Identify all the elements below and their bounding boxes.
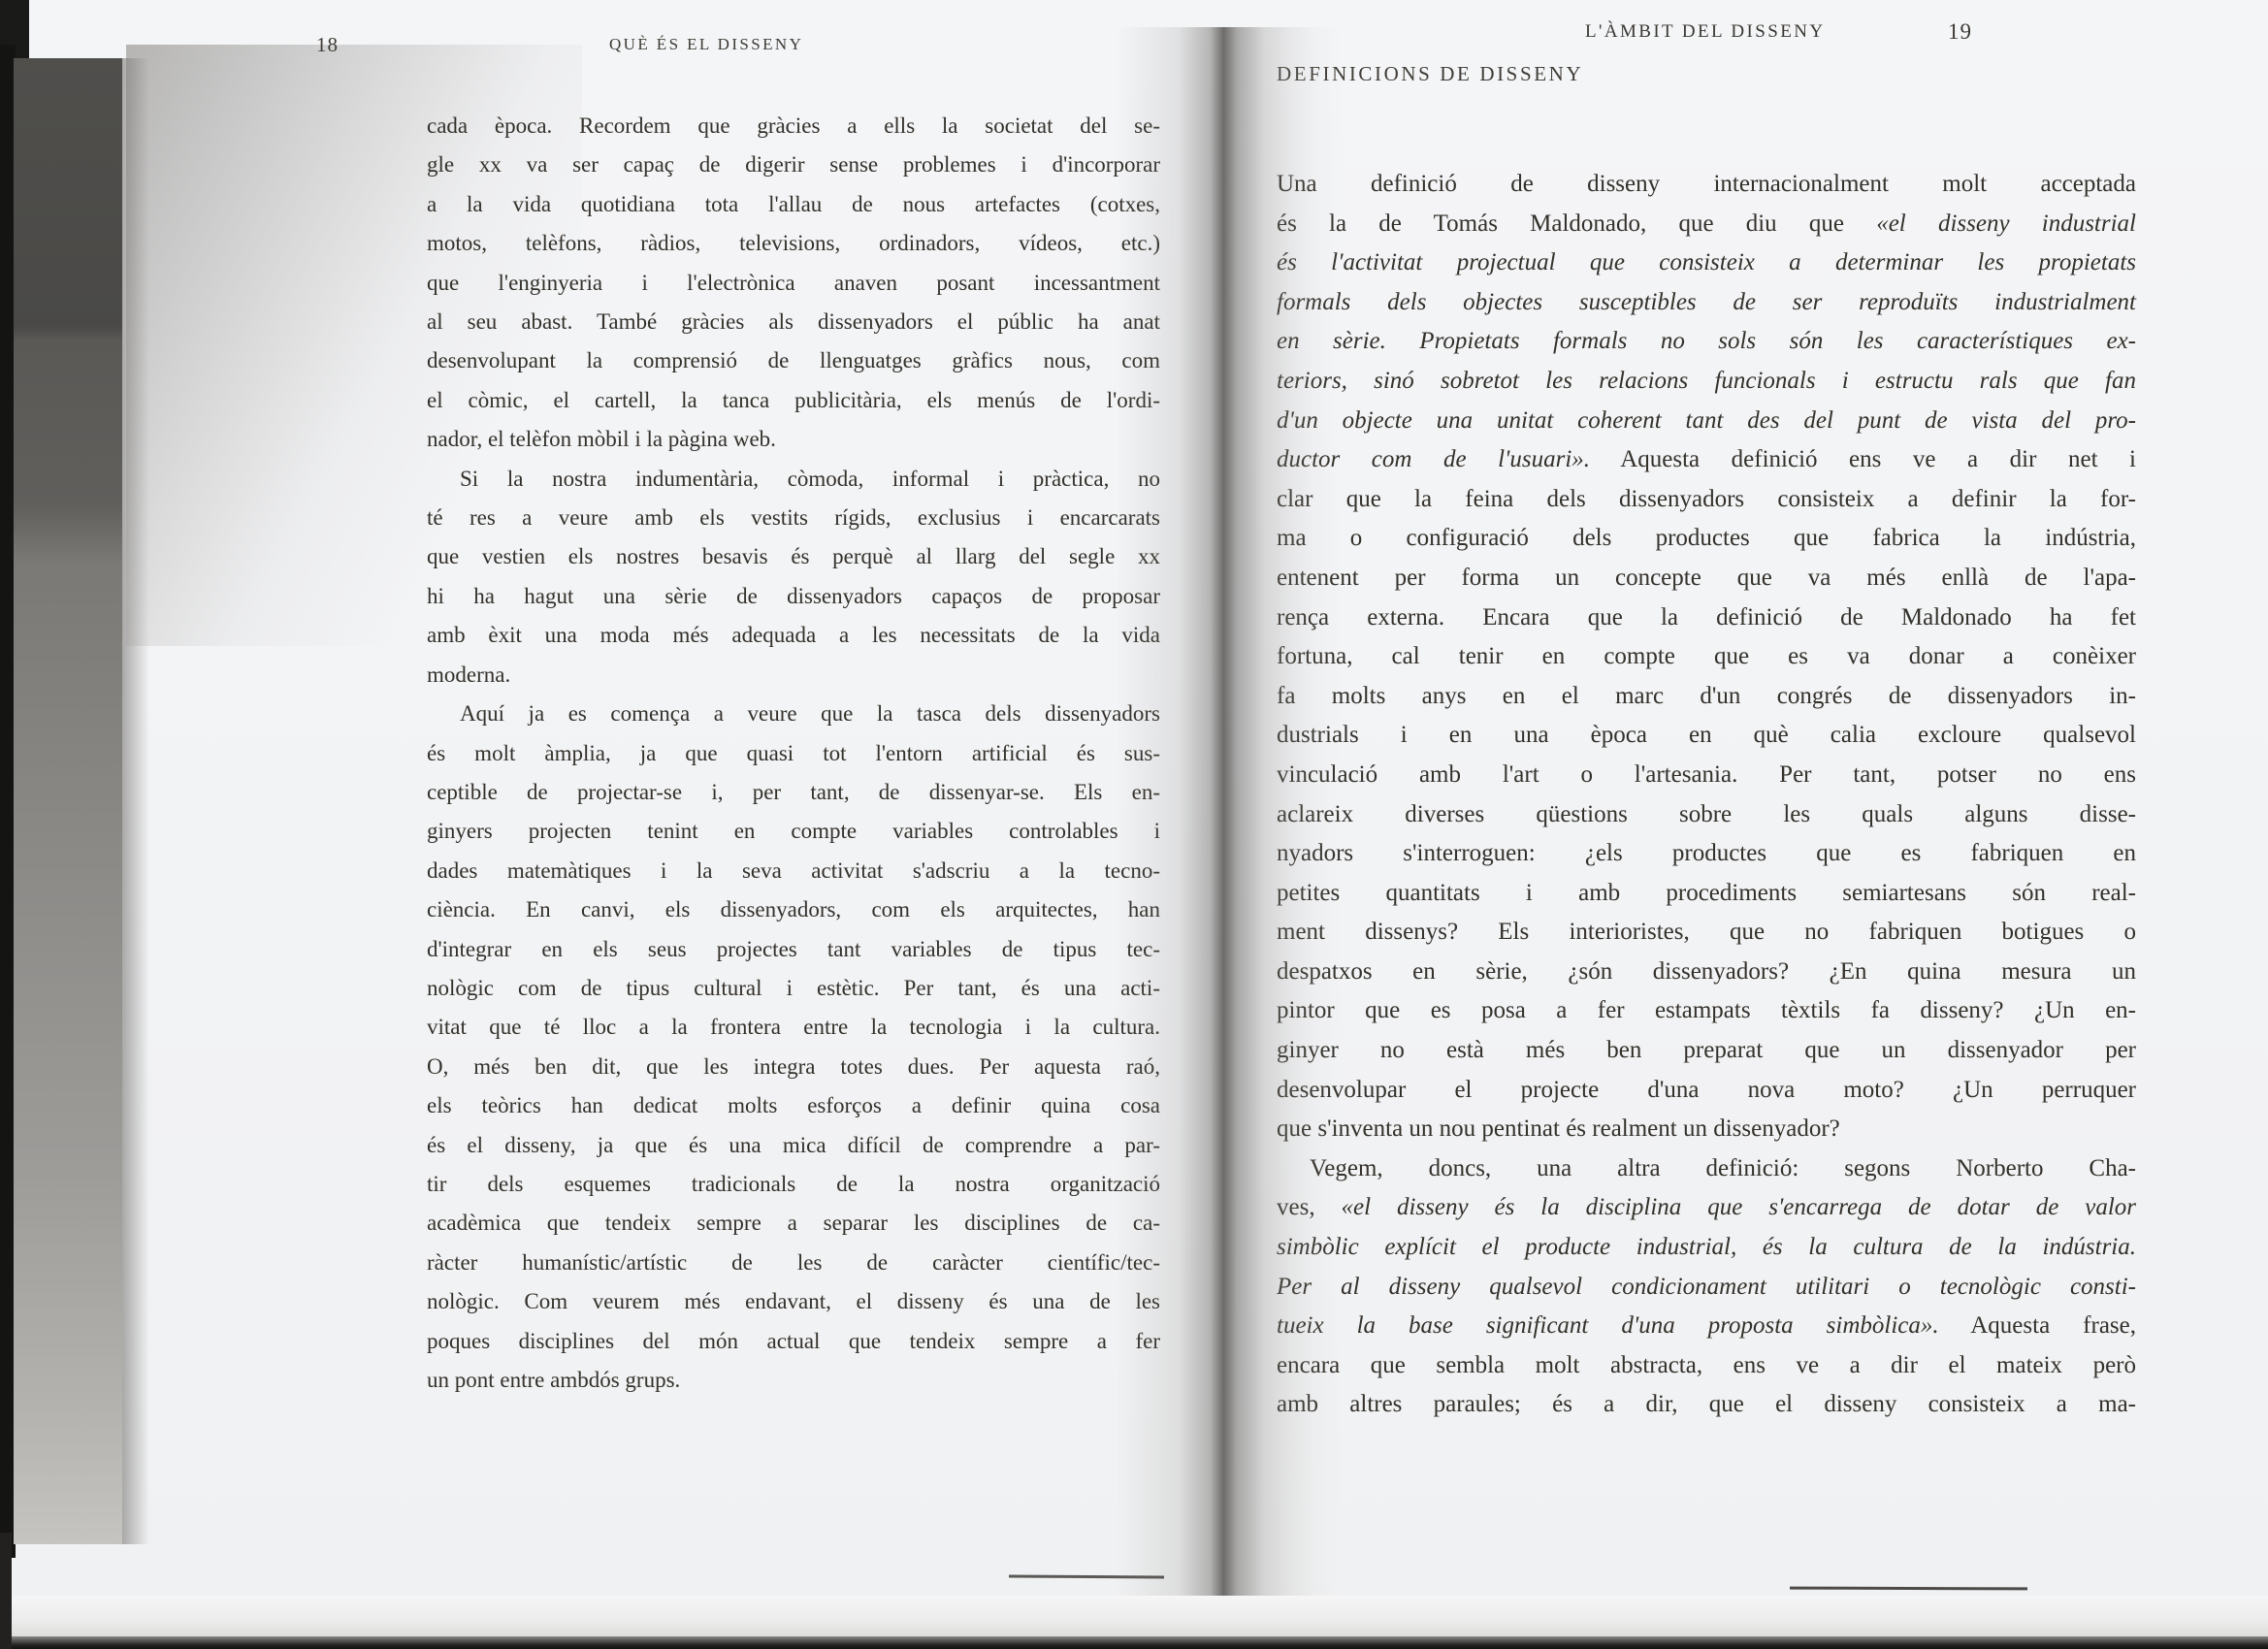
text-line: acadèmica que tendeix sempre a separar l… — [427, 1204, 1160, 1243]
text-line: Per al disseny qualsevol condicionament … — [1277, 1268, 2136, 1308]
text-line: d'integrar en els seus projectes tant va… — [427, 930, 1160, 969]
quote-italic-text: teriors, sinó sobretot les relacions fun… — [1277, 368, 2136, 394]
body-text: petites quantitats i amb procediments se… — [1277, 880, 2136, 906]
body-text: motos, telèfons, ràdios, televisions, or… — [427, 231, 1160, 255]
text-line: desenvolupar el projecte d'una nova moto… — [1277, 1071, 2136, 1111]
text-line: nyadors s'interroguen: ¿els productes qu… — [1277, 834, 2136, 874]
body-text: ment dissenys? Els interioristes, que no… — [1277, 919, 2136, 945]
right-page-number: 19 — [1948, 19, 1972, 45]
text-line: un pont entre ambdós grups. — [427, 1361, 1160, 1400]
quote-italic-text: és l'activitat projectual que consisteix… — [1277, 249, 2136, 275]
body-text: nològic com de tipus cultural i estètic.… — [427, 976, 1160, 1000]
text-line: teriors, sinó sobretot les relacions fun… — [1277, 362, 2136, 402]
text-line: O, més ben dit, que les integra totes du… — [427, 1048, 1160, 1086]
body-text: vitat que té lloc a la frontera entre la… — [427, 1015, 1160, 1039]
scan-bottom-left-corner — [0, 1533, 12, 1649]
body-text: Si la nostra indumentària, còmoda, infor… — [460, 467, 1160, 491]
body-text: O, més ben dit, que les integra totes du… — [427, 1054, 1160, 1079]
text-line: rença externa. Encara que la definició d… — [1277, 598, 2136, 638]
body-text: al seu abast. També gràcies als dissenya… — [427, 309, 1160, 334]
text-line: petites quantitats i amb procediments se… — [1277, 874, 2136, 914]
text-line: el còmic, el cartell, la tanca publicità… — [427, 381, 1160, 420]
body-text: és la de Tomás Maldonado, que diu que — [1277, 210, 1876, 237]
text-line: dustrials i en una època en què calia ex… — [1277, 716, 2136, 756]
text-line: que l'enginyeria i l'electrònica anaven … — [427, 264, 1160, 303]
body-text: gle xx va ser capaç de digerir sense pro… — [427, 152, 1160, 177]
quote-italic-text: Per al disseny qualsevol condicionament … — [1277, 1274, 2136, 1300]
body-text: fa molts anys en el marc d'un congrés de… — [1277, 683, 2136, 709]
scan-edge-gray-band — [14, 58, 122, 1544]
text-line: en sèrie. Propietats formals no sols són… — [1277, 322, 2136, 362]
text-line: nològic. Com veurem més endavant, el dis… — [427, 1282, 1160, 1321]
body-text: amb altres paraules; és a dir, que el di… — [1277, 1391, 2136, 1417]
body-text: ràcter humanístic/artístic de les de car… — [427, 1250, 1160, 1275]
body-text: encara que sembla molt abstracta, ens ve… — [1277, 1352, 2136, 1378]
body-text: entenent per forma un concepte que va mé… — [1277, 565, 2136, 591]
body-text: rença externa. Encara que la definició d… — [1277, 604, 2136, 630]
body-text: és el disseny, ja que és una mica difíci… — [427, 1133, 1160, 1157]
book-scan: 18 QUÈ ÉS EL DISSENY cada època. Recorde… — [0, 0, 2268, 1649]
text-line: ma o configuració dels productes que fab… — [1277, 519, 2136, 559]
body-text: que s'inventa un nou pentinat és realmen… — [1277, 1115, 1840, 1142]
body-text: nyadors s'interroguen: ¿els productes qu… — [1277, 840, 2136, 866]
right-running-head: L'ÀMBIT DEL DISSENY — [1585, 21, 1825, 43]
text-line: que s'inventa un nou pentinat és realmen… — [1277, 1110, 2136, 1149]
text-line: que vestien els nostres besavis és perqu… — [427, 537, 1160, 576]
body-text: ceptible de projectar-se i, per tant, de… — [427, 780, 1160, 804]
body-text: els teòrics han dedicat molts esforços a… — [427, 1093, 1160, 1117]
text-line: amb èxit una moda més adequada a les nec… — [427, 616, 1160, 655]
text-line: a la vida quotidiana tota l'allau de nou… — [427, 185, 1160, 224]
body-text: nador, el telèfon mòbil i la pàgina web. — [427, 427, 776, 451]
text-line: té res a veure amb els vestits rígids, e… — [427, 499, 1160, 537]
body-text: aclareix diverses qüestions sobre les qu… — [1277, 801, 2136, 827]
quote-italic-text: tueix la base significant d'una proposta… — [1277, 1312, 1939, 1339]
body-text: Una definició de disseny internacionalme… — [1277, 171, 2136, 197]
text-line: clar que la feina dels dissenyadors cons… — [1277, 480, 2136, 520]
body-text: hi ha hagut una sèrie de dissenyadors ca… — [427, 584, 1160, 608]
body-text: ma o configuració dels productes que fab… — [1277, 525, 2136, 551]
text-line: d'un objecte una unitat coherent tant de… — [1277, 402, 2136, 441]
text-line: els teòrics han dedicat molts esforços a… — [427, 1086, 1160, 1125]
body-text: a la vida quotidiana tota l'allau de nou… — [427, 192, 1160, 216]
text-line: dades matemàtiques i la seva activitat s… — [427, 852, 1160, 890]
body-text: desenvolupant la comprensió de llenguatg… — [427, 348, 1160, 372]
body-text: cada època. Recordem que gràcies a ells … — [427, 113, 1160, 138]
body-text: que l'enginyeria i l'electrònica anaven … — [427, 271, 1160, 295]
body-text: tir dels esquemes tradicionals de la nos… — [427, 1172, 1160, 1196]
text-line: Si la nostra indumentària, còmoda, infor… — [427, 460, 1160, 499]
quote-italic-text: en sèrie. Propietats formals no sols són… — [1277, 328, 2136, 354]
text-line: pintor que es posa a fer estampats tèxti… — [1277, 991, 2136, 1031]
text-line: fortuna, cal tenir en compte que es va d… — [1277, 637, 2136, 677]
text-line: és molt àmplia, ja que quasi tot l'entor… — [427, 734, 1160, 773]
text-line: despatxos en sèrie, ¿són dissenyadors? ¿… — [1277, 953, 2136, 992]
text-line: gle xx va ser capaç de digerir sense pro… — [427, 145, 1160, 184]
body-text: un pont entre ambdós grups. — [427, 1368, 680, 1392]
quote-italic-text: «el disseny industrial — [1876, 210, 2136, 237]
text-line: tir dels esquemes tradicionals de la nos… — [427, 1165, 1160, 1204]
body-text: vinculació amb l'art o l'artesania. Per … — [1277, 761, 2136, 788]
body-text: ginyer no està més ben preparat que un d… — [1277, 1037, 2136, 1063]
body-text: ciència. En canvi, els dissenyadors, com… — [427, 897, 1160, 921]
text-line: ceptible de projectar-se i, per tant, de… — [427, 773, 1160, 812]
body-text: d'integrar en els seus projectes tant va… — [427, 937, 1160, 961]
body-text: dades matemàtiques i la seva activitat s… — [427, 858, 1160, 883]
quote-italic-text: formals dels objectes susceptibles de se… — [1277, 289, 2136, 315]
body-text: fortuna, cal tenir en compte que es va d… — [1277, 643, 2136, 669]
text-line: formals dels objectes susceptibles de se… — [1277, 283, 2136, 323]
right-page-text: Una definició de disseny internacionalme… — [1277, 165, 2136, 1425]
quote-italic-text: d'un objecte una unitat coherent tant de… — [1277, 407, 2136, 434]
text-line: fa molts anys en el marc d'un congrés de… — [1277, 677, 2136, 717]
body-text: poques disciplines del món actual que te… — [427, 1329, 1160, 1353]
text-line: ginyers projecten tenint en compte varia… — [427, 812, 1160, 851]
text-line: hi ha hagut una sèrie de dissenyadors ca… — [427, 577, 1160, 616]
body-text: que vestien els nostres besavis és perqu… — [427, 544, 1160, 568]
body-text: és molt àmplia, ja que quasi tot l'entor… — [427, 741, 1160, 765]
body-text: ginyers projecten tenint en compte varia… — [427, 819, 1160, 843]
text-line: és el disseny, ja que és una mica difíci… — [427, 1126, 1160, 1165]
text-line: ràcter humanístic/artístic de les de car… — [427, 1244, 1160, 1282]
text-line: entenent per forma un concepte que va mé… — [1277, 559, 2136, 598]
left-page-text: cada època. Recordem que gràcies a ells … — [427, 107, 1160, 1400]
text-line: moderna. — [427, 656, 1160, 695]
text-line: vinculació amb l'art o l'artesania. Per … — [1277, 756, 2136, 795]
body-text: desenvolupar el projecte d'una nova moto… — [1277, 1077, 2136, 1103]
text-line: poques disciplines del món actual que te… — [427, 1322, 1160, 1361]
text-line: al seu abast. També gràcies als dissenya… — [427, 303, 1160, 341]
body-text: moderna. — [427, 663, 510, 687]
quote-italic-text: simbòlic explícit el producte industrial… — [1277, 1234, 2136, 1260]
text-line: Vegem, doncs, una altra definició: segon… — [1277, 1149, 2136, 1189]
left-page-number: 18 — [316, 33, 339, 57]
text-line: aclareix diverses qüestions sobre les qu… — [1277, 795, 2136, 835]
scan-scratch-line — [1790, 1587, 2027, 1591]
quote-italic-text: ductor com de l'usuari». — [1277, 446, 1590, 472]
scan-bottom-dark-edge — [0, 1636, 2268, 1649]
body-text: pintor que es posa a fer estampats tèxti… — [1277, 997, 2136, 1023]
text-line: nològic com de tipus cultural i estètic.… — [427, 969, 1160, 1008]
text-line: cada època. Recordem que gràcies a ells … — [427, 107, 1160, 145]
body-text: dustrials i en una època en què calia ex… — [1277, 722, 2136, 748]
body-text: té res a veure amb els vestits rígids, e… — [427, 505, 1160, 530]
text-line: nador, el telèfon mòbil i la pàgina web. — [427, 420, 1160, 459]
left-running-head: QUÈ ÉS EL DISSENY — [609, 35, 803, 54]
scan-scratch-line — [1009, 1574, 1164, 1578]
text-line: amb altres paraules; és a dir, que el di… — [1277, 1385, 2136, 1425]
text-line: és l'activitat projectual que consisteix… — [1277, 243, 2136, 283]
body-text: el còmic, el cartell, la tanca publicità… — [427, 388, 1160, 412]
text-line: ment dissenys? Els interioristes, que no… — [1277, 913, 2136, 953]
text-line: tueix la base significant d'una proposta… — [1277, 1307, 2136, 1346]
text-line: simbòlic explícit el producte industrial… — [1277, 1228, 2136, 1268]
body-text: Aquí ja es comença a veure que la tasca … — [460, 701, 1160, 726]
text-line: vitat que té lloc a la frontera entre la… — [427, 1008, 1160, 1047]
body-text: ves, — [1277, 1194, 1342, 1220]
scan-bottom-paper-edge — [0, 1596, 2268, 1636]
body-text: acadèmica que tendeix sempre a separar l… — [427, 1211, 1160, 1235]
text-line: és la de Tomás Maldonado, que diu que «e… — [1277, 205, 2136, 244]
body-text: nològic. Com veurem més endavant, el dis… — [427, 1289, 1160, 1313]
quote-italic-text: «el disseny és la disciplina que s'encar… — [1342, 1194, 2136, 1220]
body-text: clar que la feina dels dissenyadors cons… — [1277, 486, 2136, 512]
text-line: encara que sembla molt abstracta, ens ve… — [1277, 1346, 2136, 1386]
text-line: motos, telèfons, ràdios, televisions, or… — [427, 224, 1160, 263]
body-text: despatxos en sèrie, ¿són dissenyadors? ¿… — [1277, 958, 2136, 985]
text-line: ginyer no està més ben preparat que un d… — [1277, 1031, 2136, 1071]
section-heading: DEFINICIONS DE DISSENY — [1277, 62, 1583, 86]
text-line: ves, «el disseny és la disciplina que s'… — [1277, 1188, 2136, 1228]
text-line: ductor com de l'usuari». Aquesta definic… — [1277, 440, 2136, 480]
body-text: Aquesta definició ens ve a dir net i — [1590, 446, 2136, 472]
body-text: Aquesta frase, — [1939, 1312, 2136, 1339]
text-line: ciència. En canvi, els dissenyadors, com… — [427, 890, 1160, 929]
body-text: amb èxit una moda més adequada a les nec… — [427, 623, 1160, 647]
text-line: Aquí ja es comença a veure que la tasca … — [427, 695, 1160, 733]
text-line: desenvolupant la comprensió de llenguatg… — [427, 341, 1160, 380]
body-text: Vegem, doncs, una altra definició: segon… — [1310, 1155, 2136, 1181]
text-line: Una definició de disseny internacionalme… — [1277, 165, 2136, 205]
